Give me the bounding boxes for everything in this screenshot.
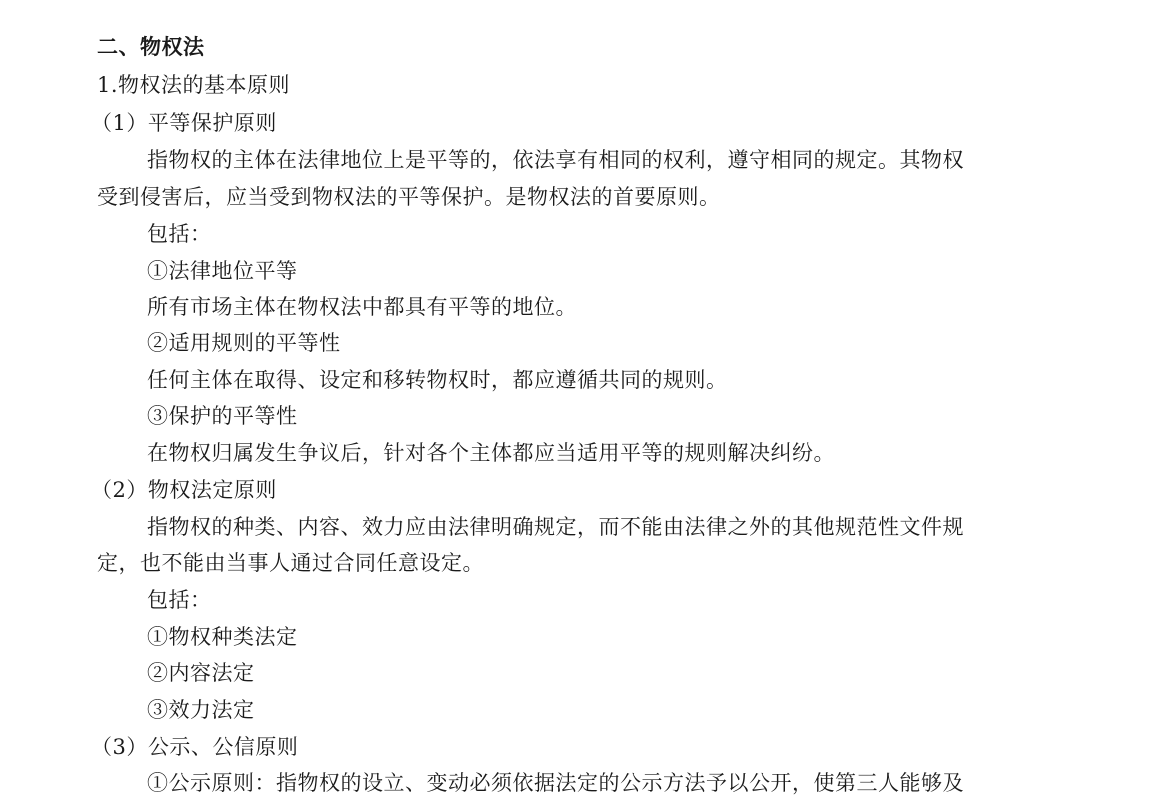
list-item: ③效力法定 [147, 695, 255, 725]
paragraph-line: 指物权的种类、内容、效力应由法律明确规定，而不能由法律之外的其他规范性文件规 [147, 512, 964, 542]
list-item: ③保护的平等性 [147, 401, 298, 431]
paragraph-line: 在物权归属发生争议后，针对各个主体都应当适用平等的规则解决纠纷。 [147, 438, 835, 468]
paragraph-line: 受到侵害后，应当受到物权法的平等保护。是物权法的首要原则。 [97, 182, 721, 212]
subsection-title: （3）公示、公信原则 [91, 732, 298, 762]
section-title: 1.物权法的基本原则 [97, 70, 290, 100]
list-item: ②内容法定 [147, 658, 255, 688]
paragraph-line: 定，也不能由当事人通过合同任意设定。 [97, 548, 484, 578]
subsection-title: （1）平等保护原则 [91, 108, 277, 138]
paragraph-line: 包括： [147, 585, 212, 615]
heading: 二、物权法 [97, 32, 205, 62]
paragraph-line: 所有市场主体在物权法中都具有平等的地位。 [147, 292, 577, 322]
watermark [280, 790, 780, 804]
paragraph-line: 任何主体在取得、设定和移转物权时，都应遵循共同的规则。 [147, 365, 728, 395]
list-item: ②适用规则的平等性 [147, 328, 341, 358]
list-item: ①法律地位平等 [147, 256, 298, 286]
paragraph-line: 包括： [147, 219, 212, 249]
subsection-title: （2）物权法定原则 [91, 475, 277, 505]
list-item: ①物权种类法定 [147, 622, 298, 652]
paragraph-line: 指物权的主体在法律地位上是平等的，依法享有相同的权利，遵守相同的规定。其物权 [147, 145, 964, 175]
